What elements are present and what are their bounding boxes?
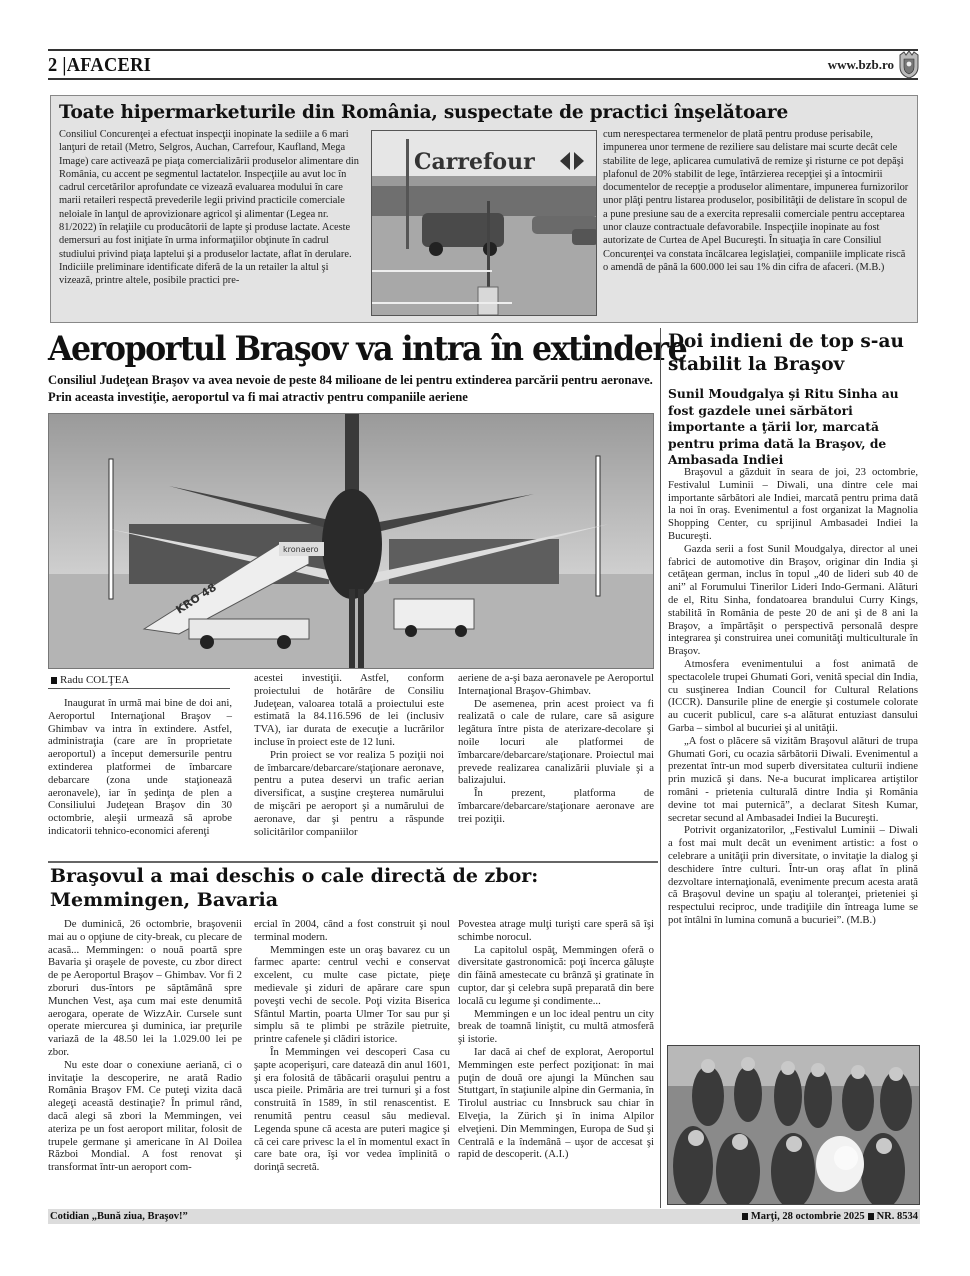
issue-number: NR. 8534 [877,1211,918,1222]
paragraph: aeriene de a-şi baza aeronavele pe Aerop… [458,672,654,698]
memmingen-column-1: De duminică, 26 octombrie, braşovenii ma… [48,918,242,1174]
main-article-column-3: aeriene de a-şi baza aeronavele pe Aerop… [458,672,654,826]
paragraph: Prin proiect se vor realiza 5 poziţii no… [254,749,444,839]
paragraph: Atmosfera evenimentului a fost animată d… [668,658,918,735]
airport-photo: KRO 48 kronaero [48,413,654,669]
main-article-column-1: Inaugurat în urmă mai bine de doi ani, A… [48,697,232,838]
column-divider [660,328,661,1208]
memmingen-column-2: ercial în 2004, când a fost construit şi… [254,918,450,1174]
bullet-square-icon [868,1213,874,1220]
paragraph: Iar dacă ai chef de explorat, Aeroportul… [458,1046,654,1161]
main-article-lead: Consiliul Judeţean Braşov va avea nevoie… [48,372,660,406]
side-article-title: Doi indieni de top s-au stabilit la Braş… [668,330,918,376]
paragraph: Gazda serii a fost Sunil Moudgalya, dire… [668,543,918,658]
section-label: 2 |AFACERI [48,54,151,77]
byline: Radu COLŢEA [48,674,230,689]
bullet-square-icon [742,1213,748,1220]
site-url[interactable]: www.bzb.ro [828,57,894,73]
city-crest-icon [898,51,920,79]
page-number: 2 [48,54,57,76]
article-text-right: cum nerespectarea termenelor de plată pe… [603,128,913,274]
diwali-group-photo [667,1045,920,1205]
carrefour-photo: Carrefour [371,130,597,316]
paragraph: Memmingen e un loc ideal pentru un city … [458,1008,654,1046]
hypermarket-article: Toate hipermarketurile din România, susp… [50,95,918,323]
article-title: Toate hipermarketurile din România, susp… [59,102,788,123]
side-article-lead: Sunil Moudgalya şi Ritu Sinha au fost ga… [668,386,920,469]
article-divider [48,861,658,863]
memmingen-article-title: Braşovul a mai deschis o cale directă de… [50,864,650,912]
author-name: Radu COLŢEA [60,674,129,686]
paragraph: De duminică, 26 octombrie, braşovenii ma… [48,918,242,1059]
carrefour-image-icon: Carrefour [372,131,597,316]
paragraph: „A fost o plăcere să vizităm Braşovul al… [668,735,918,825]
paragraph: La capitolul ospăţ, Memmingen oferă o di… [458,944,654,1008]
svg-text:kronaero: kronaero [283,545,319,554]
paragraph: acestei investiţii. Astfel, conform proi… [254,672,444,749]
header-bottom-rule [48,78,918,80]
publication-name: Cotidian „Bună ziua, Braşov!” [50,1211,188,1222]
main-article-title: Aeroportul Braşov va intra în extindere [48,328,615,370]
svg-text:Carrefour: Carrefour [414,149,535,175]
group-image-icon [668,1046,920,1205]
paragraph: Povestea atrage mulţi turişti care speră… [458,918,654,944]
header-right: www.bzb.ro [828,51,920,79]
paragraph: Inaugurat în urmă mai bine de doi ani, A… [48,697,232,838]
side-article-body: Braşovul a găzduit în seara de joi, 23 o… [668,466,918,927]
article-text-left: Consiliul Concurenţei a efectuat inspecţ… [59,128,364,288]
airplane-image-icon: KRO 48 kronaero [49,414,654,669]
paragraph: Nu este doar o conexiune aeriană, ci o i… [48,1059,242,1174]
main-article-column-2: acestei investiţii. Astfel, conform proi… [254,672,444,838]
paragraph: Braşovul a găzduit în seara de joi, 23 o… [668,466,918,543]
paragraph: Memmingen este un oraş bavarez cu un far… [254,944,450,1046]
paragraph: Potrivit organizatorilor, „Festivalul Lu… [668,824,918,926]
bullet-square-icon [51,677,57,684]
page-footer: Cotidian „Bună ziua, Braşov!” Marţi, 28 … [48,1209,920,1224]
memmingen-column-3: Povestea atrage mulţi turişti care speră… [458,918,654,1161]
paragraph: ercial în 2004, când a fost construit şi… [254,918,450,944]
header-top-rule [48,49,918,51]
page-header: 2 |AFACERI www.bzb.ro [48,53,920,77]
section-name: AFACERI [67,54,151,76]
issue-info: Marţi, 28 octombrie 2025NR. 8534 [739,1211,918,1222]
paragraph: De asemenea, prin acest proiect va fi re… [458,698,654,788]
paragraph: În Memmingen vei descoperi Casa cu şapte… [254,1046,450,1174]
issue-date: Marţi, 28 octombrie 2025 [751,1211,865,1222]
paragraph: În prezent, platforma de îmbarcare/debar… [458,787,654,825]
